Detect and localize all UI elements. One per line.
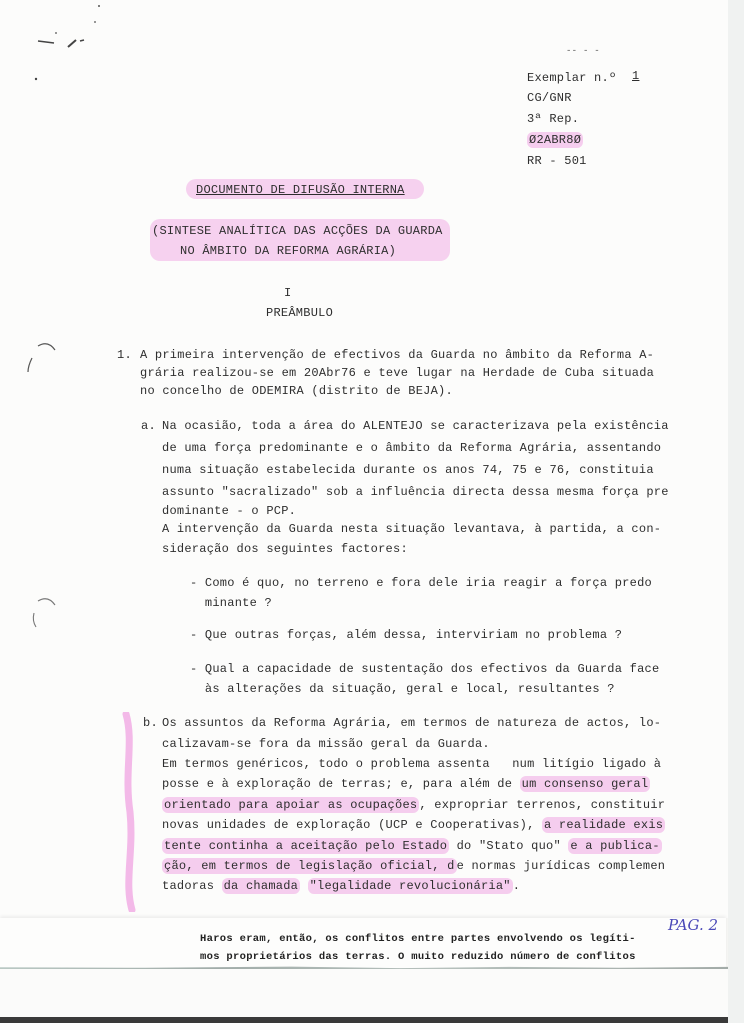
question-1-line: - Como é quo, no terreno e fora dele iri… bbox=[190, 576, 652, 590]
document-title: DOCUMENTO DE DIFUSÃO INTERNA bbox=[196, 183, 405, 197]
punch-hole-mark bbox=[20, 595, 60, 645]
text-span: . bbox=[513, 879, 520, 893]
scan-background bbox=[0, 969, 728, 1023]
header-line-date: Ø2ABR8Ø bbox=[527, 133, 583, 147]
sub-b-line: Os assuntos da Reforma Agrária, em termo… bbox=[162, 716, 661, 730]
paragraph-1-marker: 1. bbox=[117, 348, 132, 362]
text-span: , expropriar terrenos, constituir bbox=[419, 798, 665, 812]
sub-a-line: Na ocasião, toda a área do ALENTEJO se c… bbox=[162, 419, 669, 433]
sub-b-line: posse e à exploração de terras; e, para … bbox=[162, 777, 650, 791]
header-line-unit: CG/GNR bbox=[527, 91, 572, 105]
scan-bottom-edge bbox=[0, 1017, 728, 1023]
question-3-line: - Qual a capacidade de sustentação dos e… bbox=[190, 662, 659, 676]
highlighted-text: "legalidade revolucionária" bbox=[308, 878, 513, 894]
sub-a-line: numa situação estabelecida durante os an… bbox=[162, 463, 654, 477]
highlighted-text: tente continha a aceitação pelo Estado bbox=[162, 838, 449, 854]
page-2-line: Haros eram, então, os conflitos entre pa… bbox=[200, 932, 636, 946]
paragraph-1-line: grária realizou-se em 20Abr76 e teve lug… bbox=[140, 366, 654, 380]
highlighted-text: e a publica- bbox=[568, 838, 661, 854]
question-3-line: às alterações da situação, geral e local… bbox=[190, 682, 615, 696]
sub-a-marker: a. bbox=[141, 419, 156, 433]
highlighted-text: ção, em termos de legislação oficial, d bbox=[162, 858, 457, 874]
page-2-line: mos proprietários das terras. O muito re… bbox=[200, 950, 636, 964]
highlighted-text: um consenso geral bbox=[520, 776, 651, 792]
question-2-line: - Que outras forças, além dessa, intervi… bbox=[190, 628, 622, 642]
scan-edge bbox=[728, 0, 744, 1023]
text-span: do "Stato quo" bbox=[449, 839, 568, 853]
sub-b-line: Em termos genéricos, todo o problema ass… bbox=[162, 757, 661, 771]
text-span: e normas jurídicas complemen bbox=[457, 859, 666, 873]
margin-highlight-stroke bbox=[122, 712, 136, 912]
sub-a-line: dominante - o PCP. bbox=[162, 504, 296, 518]
text-span: novas unidades de exploração (UCP e Coop… bbox=[162, 818, 542, 832]
highlighted-text: a realidade exis bbox=[542, 817, 665, 833]
sub-b-marker: b. bbox=[143, 716, 158, 730]
section-heading: PREÂMBULO bbox=[266, 306, 333, 320]
date-highlight: Ø2ABR8Ø bbox=[527, 132, 583, 148]
exemplar-number: 1 bbox=[622, 69, 649, 83]
header-line-rep: 3ª Rep. bbox=[527, 112, 579, 126]
section-number: I bbox=[284, 286, 291, 300]
sub-a-line: sideração dos seguintes factores: bbox=[162, 542, 408, 556]
sub-b-line: novas unidades de exploração (UCP e Coop… bbox=[162, 818, 665, 832]
exemplar-label: Exemplar n.º bbox=[527, 71, 616, 85]
top-mark: -- - - bbox=[566, 44, 600, 58]
sub-b-line: tadoras da chamada "legalidade revolucio… bbox=[162, 879, 520, 893]
sub-a-line: de uma força predominante e o âmbito da … bbox=[162, 441, 661, 455]
text-span: posse e à exploração de terras; e, para … bbox=[162, 777, 520, 791]
highlighted-text: orientado para apoiar as ocupações bbox=[162, 797, 419, 813]
text-span: tadoras bbox=[162, 879, 222, 893]
sub-b-line: calizavam-se fora da missão geral da Gua… bbox=[162, 737, 490, 751]
text-span bbox=[300, 879, 307, 893]
sub-a-line: A intervenção da Guarda nesta situação l… bbox=[162, 522, 661, 536]
question-1-line: minante ? bbox=[190, 596, 272, 610]
highlighted-text: da chamada bbox=[222, 878, 301, 894]
paragraph-1-line: no concelho de ODEMIRA (distrito de BEJA… bbox=[140, 384, 453, 398]
punch-hole-mark bbox=[20, 340, 60, 390]
paragraph-1-line: A primeira intervenção de efectivos da G… bbox=[140, 348, 654, 362]
sub-b-line: ção, em termos de legislação oficial, de… bbox=[162, 859, 665, 873]
subtitle-line-2: NO ÂMBITO DA REFORMA AGRÁRIA) bbox=[180, 244, 396, 258]
sub-b-line: orientado para apoiar as ocupações, expr… bbox=[162, 798, 665, 812]
sub-b-line: tente continha a aceitação pelo Estado d… bbox=[162, 839, 662, 853]
scan-specks bbox=[30, 0, 140, 90]
page-number-label: PAG. 2 bbox=[668, 916, 718, 934]
subtitle-line-1: (SINTESE ANALÍTICA DAS ACÇÕES DA GUARDA bbox=[152, 224, 443, 238]
header-line-ref: RR - 501 bbox=[527, 154, 587, 168]
sub-a-line: assunto "sacralizado" sob a influência d… bbox=[162, 485, 669, 499]
